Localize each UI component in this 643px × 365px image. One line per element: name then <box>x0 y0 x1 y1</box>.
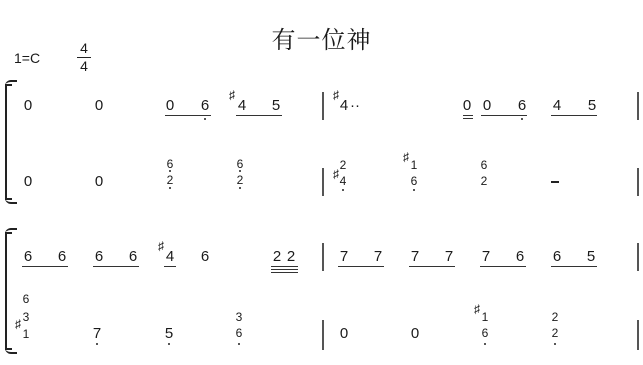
note: 7 <box>338 249 350 264</box>
note: 0 <box>409 326 421 341</box>
chord-note: 6 <box>478 159 490 171</box>
eighth-beam <box>481 115 527 116</box>
low-octave-dot <box>342 189 344 191</box>
barline <box>637 168 639 196</box>
note: 4 <box>164 249 176 264</box>
low-octave-dot <box>484 343 486 345</box>
eighth-beam <box>551 115 597 116</box>
note: 5 <box>163 326 175 341</box>
note: 0 <box>164 98 176 113</box>
low-octave-dot <box>413 189 415 191</box>
note: 6 <box>551 249 563 264</box>
chord-note: 2 <box>234 174 246 186</box>
note: 6 <box>514 249 526 264</box>
thirtysecond-beam <box>271 272 298 273</box>
extension-dots: ·· <box>349 98 361 113</box>
note: 5 <box>586 98 598 113</box>
note: 2 <box>285 249 297 264</box>
chord-note: 6 <box>408 175 420 187</box>
chord-note: 1 <box>408 159 420 171</box>
note: 7 <box>91 326 103 341</box>
chord-note: 6 <box>479 327 491 339</box>
note: 0 <box>481 98 493 113</box>
thirtysecond-beam <box>271 269 298 270</box>
time-signature: 4 4 <box>76 40 92 75</box>
score-title: 有一位神 <box>0 20 643 55</box>
note: 6 <box>199 98 211 113</box>
note: 0 <box>22 174 34 189</box>
time-numerator: 4 <box>76 40 92 57</box>
chord-note: 4 <box>337 175 349 187</box>
low-octave-dot <box>239 170 241 172</box>
note: 2 <box>271 249 283 264</box>
low-octave-dot <box>169 187 171 189</box>
barline <box>322 92 324 120</box>
chord-note: 1 <box>479 311 491 323</box>
system-brace-2 <box>5 232 12 350</box>
low-octave-dot <box>168 343 170 345</box>
chord-note: 2 <box>337 159 349 171</box>
time-denominator: 4 <box>76 58 92 75</box>
note: 7 <box>409 249 421 264</box>
note: 6 <box>516 98 528 113</box>
note: 7 <box>480 249 492 264</box>
note: 4 <box>551 98 563 113</box>
low-octave-dot <box>521 118 523 120</box>
sharp-icon: ♯ <box>229 89 235 101</box>
barline <box>322 320 324 350</box>
note: 6 <box>22 249 34 264</box>
chord-note: 6 <box>233 327 245 339</box>
chord-note: 2 <box>164 174 176 186</box>
chord-note: 6 <box>164 158 176 170</box>
chord-note: 1 <box>20 328 32 340</box>
sustain-dash <box>551 181 559 183</box>
barline <box>322 168 324 196</box>
low-octave-dot <box>169 170 171 172</box>
eighth-beam <box>409 266 455 267</box>
low-octave-dot <box>238 343 240 345</box>
note: 0 <box>93 174 105 189</box>
eighth-beam <box>480 266 526 267</box>
note: 6 <box>127 249 139 264</box>
low-octave-dot <box>239 187 241 189</box>
eighth-beam <box>551 266 597 267</box>
note: 5 <box>585 249 597 264</box>
thirtysecond-beam <box>271 266 298 267</box>
low-octave-dot <box>204 118 206 120</box>
note: 0 <box>338 326 350 341</box>
barline <box>322 243 324 271</box>
eighth-beam <box>165 115 211 116</box>
eighth-beam <box>164 266 176 267</box>
chord-note: 2 <box>549 311 561 323</box>
note: 6 <box>56 249 68 264</box>
barline <box>637 320 639 350</box>
chord-note: 6 <box>20 293 32 305</box>
note: 4 <box>236 98 248 113</box>
chord-note: 6 <box>234 158 246 170</box>
eighth-beam <box>338 266 384 267</box>
note: 6 <box>199 249 211 264</box>
note: 0 <box>461 98 473 113</box>
sixteenth-beam <box>463 115 473 116</box>
chord-note: 2 <box>478 175 490 187</box>
note: 5 <box>270 98 282 113</box>
low-octave-dot <box>554 343 556 345</box>
barline <box>637 92 639 120</box>
note: 0 <box>22 98 34 113</box>
note: 0 <box>93 98 105 113</box>
note: 7 <box>443 249 455 264</box>
barline <box>637 243 639 271</box>
eighth-beam <box>236 115 282 116</box>
note: 7 <box>372 249 384 264</box>
key-signature: 1=C <box>14 50 40 66</box>
note: 6 <box>93 249 105 264</box>
chord-note: 3 <box>233 311 245 323</box>
system-brace-1 <box>5 84 12 200</box>
chord-note: 3 <box>20 311 32 323</box>
chord-note: 2 <box>549 327 561 339</box>
low-octave-dot <box>96 343 98 345</box>
sixteenth-beam <box>463 118 473 119</box>
eighth-beam <box>22 266 68 267</box>
eighth-beam <box>93 266 139 267</box>
